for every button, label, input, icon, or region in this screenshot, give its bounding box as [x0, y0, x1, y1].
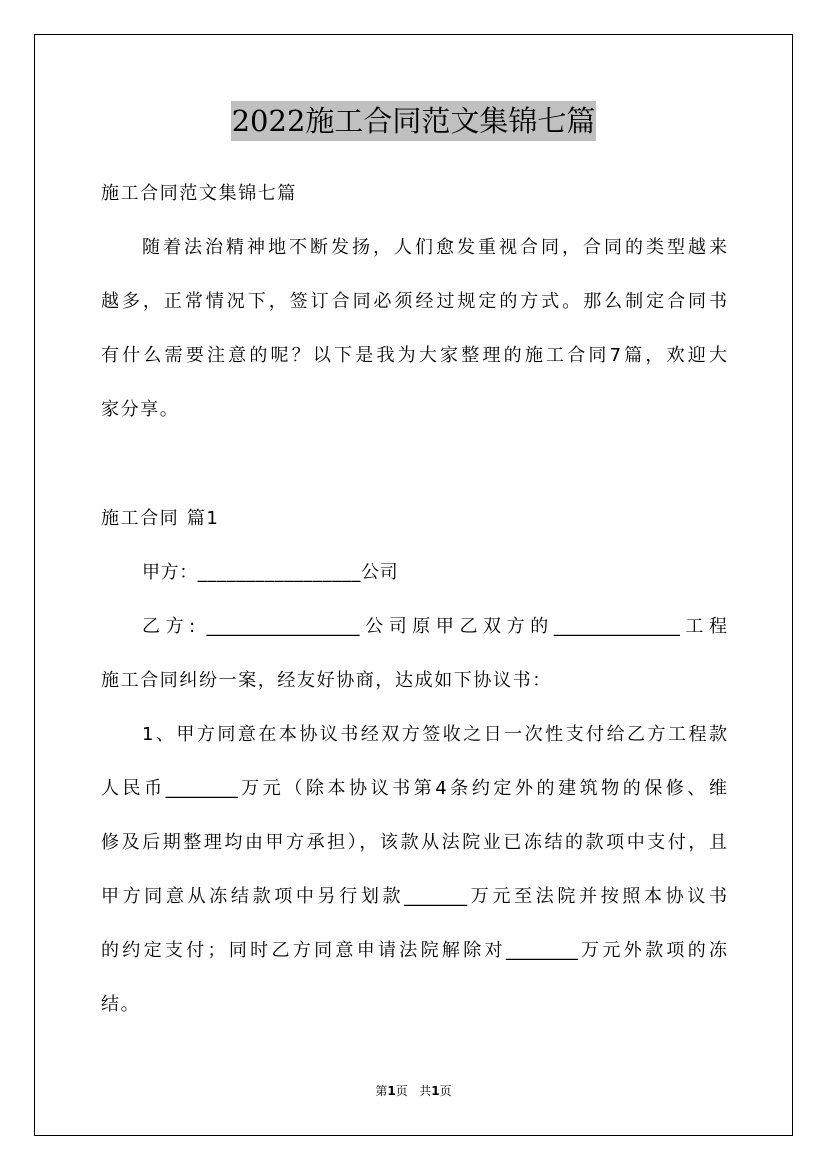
intro-line-4: 家分享。: [101, 398, 179, 422]
footer-total-suffix: 页: [440, 1084, 452, 1098]
section-heading: 施工合同 篇1: [101, 507, 219, 531]
party-a-line: 甲方：_________________公司: [142, 561, 398, 585]
title-container: 2022施工合同范文集锦七篇: [0, 101, 827, 141]
intro-line-3: 有什么需要注意的呢？以下是我为大家整理的施工合同7篇，欢迎大: [101, 344, 727, 368]
clause1-line-2: 人民币________万元（除本协议书第4条约定外的建筑物的保修、维: [101, 777, 727, 801]
footer-total-prefix: 共: [419, 1084, 431, 1098]
intro-line-2: 越多，正常情况下，签订合同必须经过规定的方式。那么制定合同书: [101, 290, 727, 314]
intro-line-1: 随着法治精神地不断发扬，人们愈发重视合同，合同的类型越来: [142, 236, 727, 260]
party-b-line: 乙方: _________________公司原甲乙双方的___________…: [142, 615, 727, 639]
clause1-line-4: 甲方同意从冻结款项中另行划款_______万元至法院并按照本协议书: [101, 885, 727, 909]
document-title: 2022施工合同范文集锦七篇: [231, 101, 597, 141]
clause1-line-3: 修及后期整理均由甲方承担），该款从法院业已冻结的款项中支付，且: [101, 831, 727, 855]
footer-page-prefix: 第: [375, 1084, 387, 1098]
document-subtitle: 施工合同范文集锦七篇: [101, 182, 297, 206]
clause1-line-1: 1、甲方同意在本协议书经双方签收之日一次性支付给乙方工程款: [142, 723, 727, 747]
footer-page-number: 1: [387, 1084, 395, 1098]
clause1-line-6: 结。: [101, 993, 140, 1017]
clause1-line-5: 的约定支付；同时乙方同意申请法院解除对________万元外款项的冻: [101, 939, 727, 963]
footer-page-suffix: 页: [396, 1084, 408, 1098]
party-b-continuation: 施工合同纠纷一案，经友好协商，达成如下协议书：: [101, 669, 552, 693]
footer-total-pages: 1: [431, 1084, 439, 1098]
page-footer: 第1页 共1页: [0, 1083, 827, 1099]
